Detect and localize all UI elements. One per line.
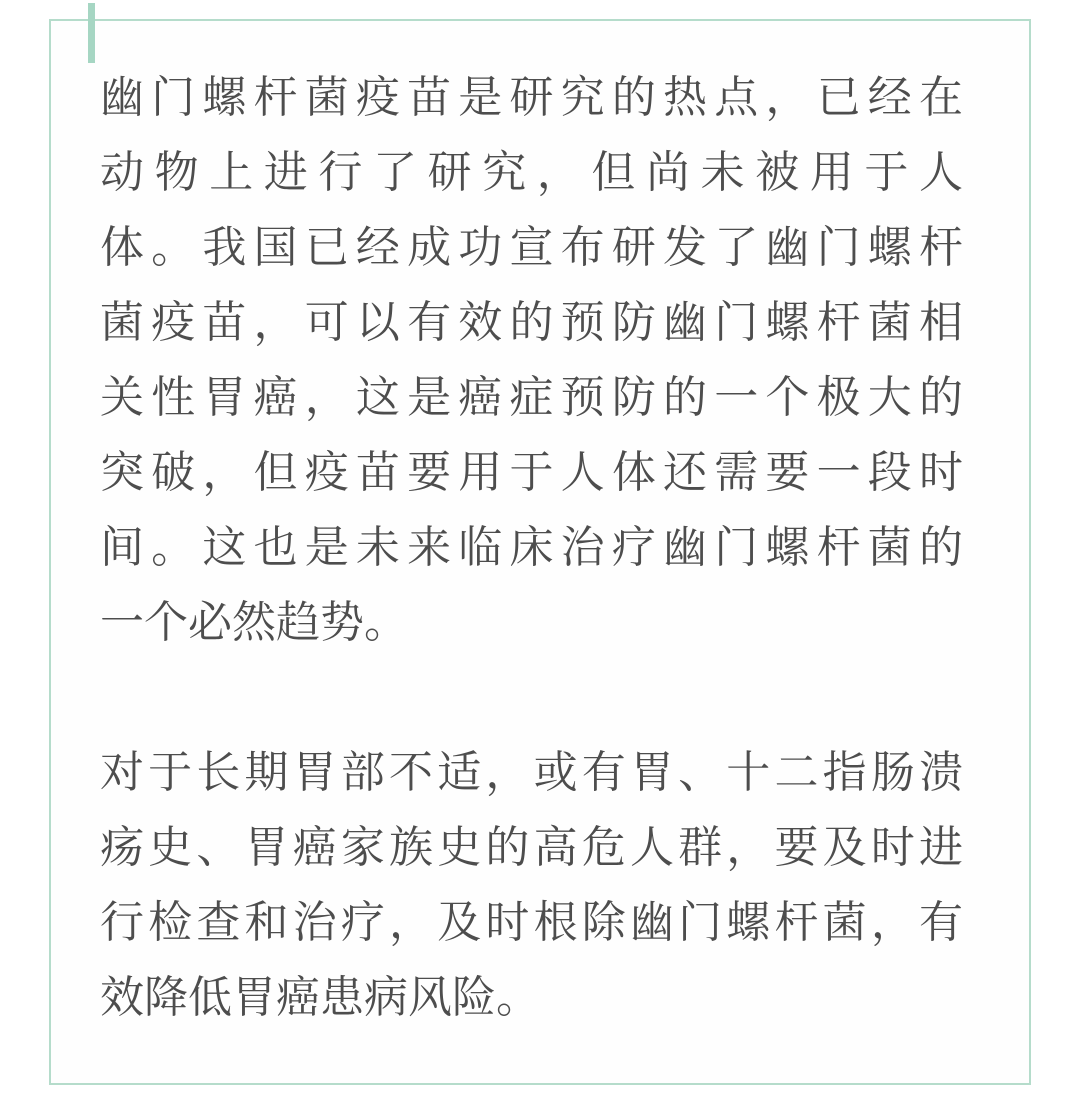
top-tick-mark [88,3,95,63]
text-line: 对于长期胃部不适，或有胃、十二指肠溃 [100,735,963,810]
paragraph-gap [100,660,963,735]
text-line: 突破，但疫苗要用于人体还需要一段时 [100,435,963,510]
text-line: 效降低胃癌患病风险。 [100,960,963,1035]
text-line: 疡史、胃癌家族史的高危人群，要及时进 [100,810,963,885]
text-line: 间。这也是未来临床治疗幽门螺杆菌的 [100,510,963,585]
text-line: 一个必然趋势。 [100,585,963,660]
text-line: 行检查和治疗，及时根除幽门螺杆菌，有 [100,885,963,960]
text-line: 动物上进行了研究，但尚未被用于人 [100,135,963,210]
text-line: 关性胃癌，这是癌症预防的一个极大的 [100,360,963,435]
text-line: 体。我国已经成功宣布研发了幽门螺杆 [100,210,963,285]
text-line: 幽门螺杆菌疫苗是研究的热点，已经在 [100,60,963,135]
text-line: 菌疫苗，可以有效的预防幽门螺杆菌相 [100,285,963,360]
paragraph-2: 对于长期胃部不适，或有胃、十二指肠溃 疡史、胃癌家族史的高危人群，要及时进 行检… [100,735,963,1035]
paragraph-1: 幽门螺杆菌疫苗是研究的热点，已经在 动物上进行了研究，但尚未被用于人 体。我国已… [100,60,963,660]
article-text: 幽门螺杆菌疫苗是研究的热点，已经在 动物上进行了研究，但尚未被用于人 体。我国已… [100,60,963,1035]
